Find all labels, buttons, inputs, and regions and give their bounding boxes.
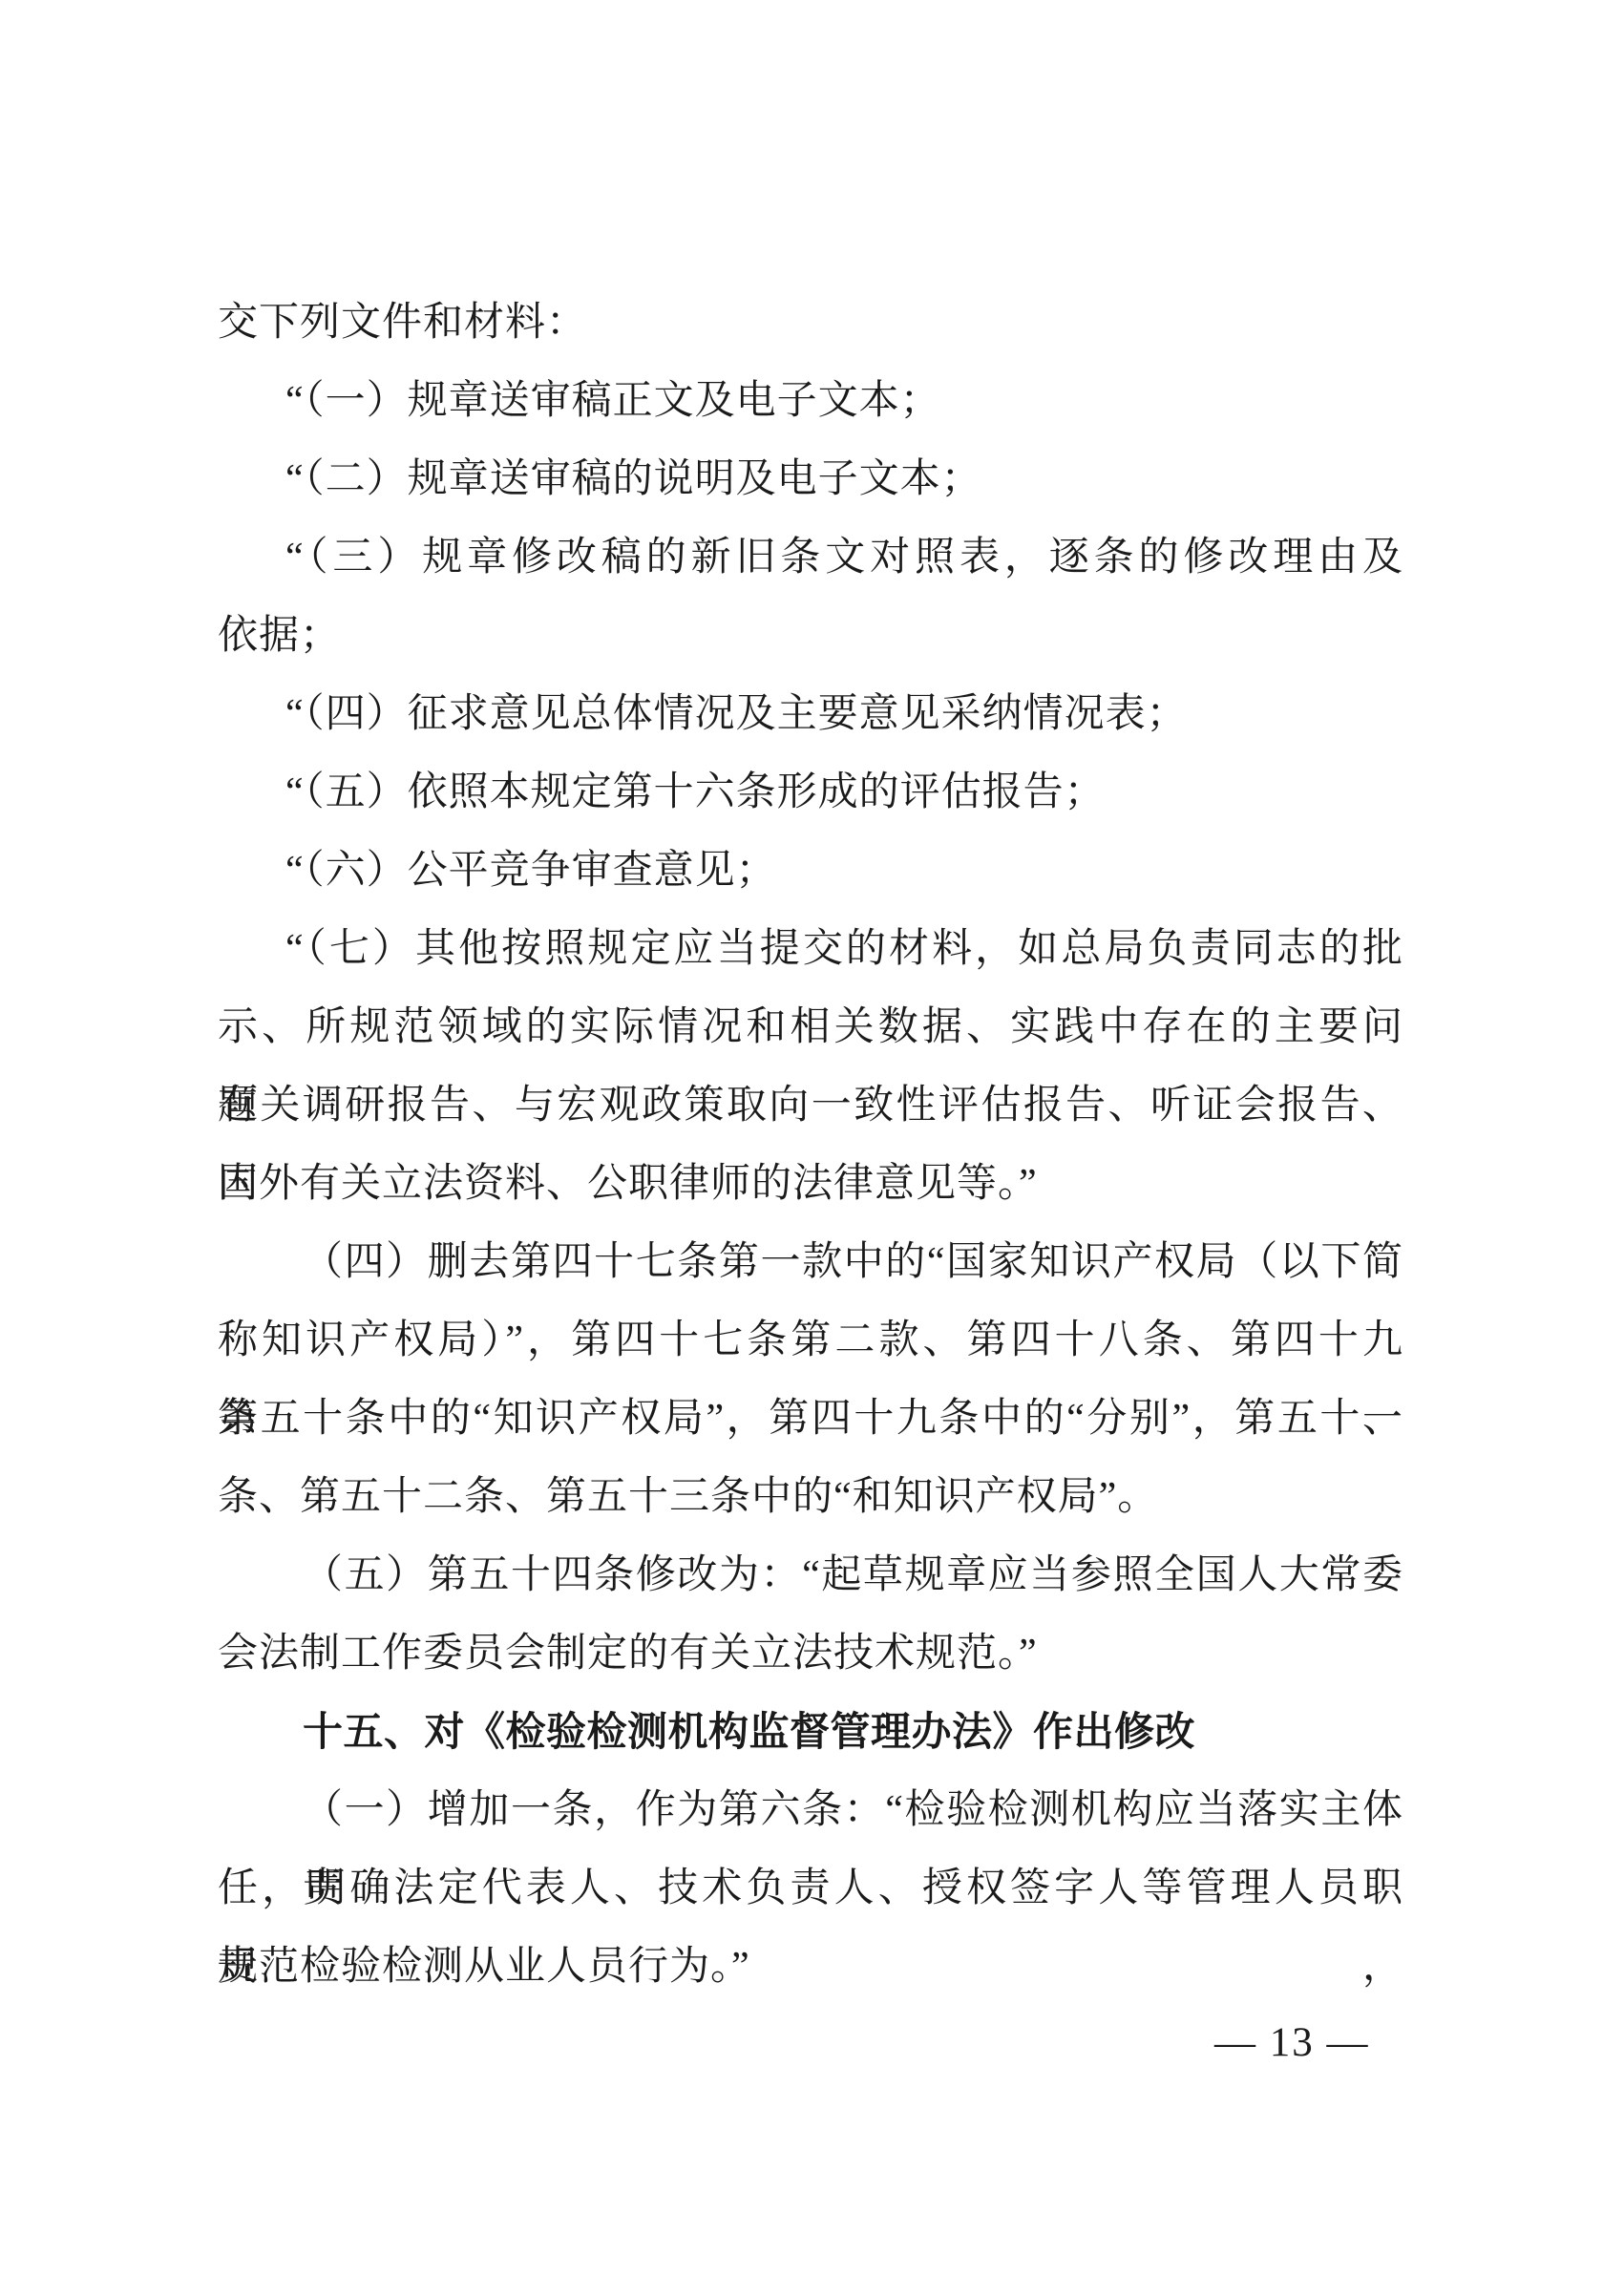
page-number: — 13 — — [1214, 2016, 1377, 2070]
text-line: “（五）依照本规定第十六条形成的评估报告； — [218, 753, 1403, 832]
text-line: 称知识产权局）”，第四十七条第二款、第四十八条、第四十九条、 — [218, 1301, 1403, 1380]
text-line: 会法制工作委员会制定的有关立法技术规范。” — [218, 1614, 1403, 1693]
document-body: 交下列文件和材料：“（一）规章送审稿正文及电子文本；“（二）规章送审稿的说明及电… — [218, 284, 1403, 2006]
text-line: 条、第五十二条、第五十三条中的“和知识产权局”。 — [218, 1458, 1403, 1536]
section-heading: 十五、对《检验检测机构监督管理办法》作出修改 — [218, 1693, 1403, 1771]
text-line: 任，明确法定代表人、技术负责人、授权签字人等管理人员职责， — [218, 1849, 1403, 1928]
document-page: 交下列文件和材料：“（一）规章送审稿正文及电子文本；“（二）规章送审稿的说明及电… — [0, 0, 1624, 2278]
text-line: 有关调研报告、与宏观政策取向一致性评估报告、听证会报告、国 — [218, 1066, 1403, 1145]
text-line: 依据； — [218, 597, 1403, 675]
text-line: （五）第五十四条修改为：“起草规章应当参照全国人大常委 — [218, 1536, 1403, 1614]
text-line: 示、所规范领域的实际情况和相关数据、实践中存在的主要问题、 — [218, 988, 1403, 1066]
text-line: 第五十条中的“知识产权局”，第四十九条中的“分别”，第五十一 — [218, 1380, 1403, 1458]
text-line: “（六）公平竞争审查意见； — [218, 832, 1403, 910]
text-line: （一）增加一条，作为第六条：“检验检测机构应当落实主体责 — [218, 1771, 1403, 1849]
text-line: “（三）规章修改稿的新旧条文对照表，逐条的修改理由及 — [218, 518, 1403, 597]
text-line: “（一）规章送审稿正文及电子文本； — [218, 362, 1403, 440]
text-line: （四）删去第四十七条第一款中的“国家知识产权局（以下简 — [218, 1223, 1403, 1301]
text-line: “（二）规章送审稿的说明及电子文本； — [218, 440, 1403, 518]
text-line: 交下列文件和材料： — [218, 284, 1403, 362]
text-line: 内外有关立法资料、公职律师的法律意见等。” — [218, 1145, 1403, 1223]
text-line: “（四）征求意见总体情况及主要意见采纳情况表； — [218, 675, 1403, 753]
text-line: “（七）其他按照规定应当提交的材料，如总局负责同志的批 — [218, 910, 1403, 988]
